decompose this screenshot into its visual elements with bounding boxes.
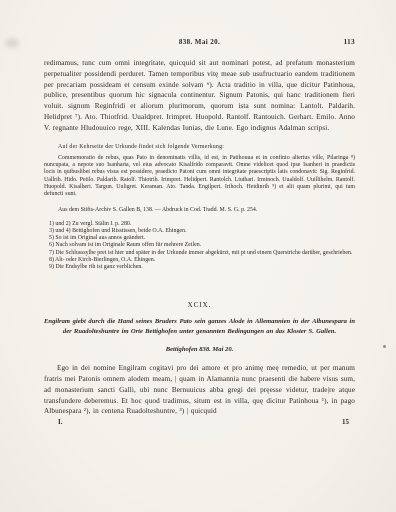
volume-signature-mark: I. bbox=[44, 418, 62, 426]
footnote-1: 1) und 2) Zu vergl. Stälin I. p. 280. bbox=[44, 221, 355, 228]
charter-98-note-body: Commemoratio de rebus, quas Pato in deno… bbox=[44, 155, 355, 199]
charter-99-body: Ego in dei nomine Engilram cogitavi pro … bbox=[44, 363, 355, 417]
footnote-8: 8) Alt- oder Kirch-Bierlingen, O.A. Ehin… bbox=[44, 257, 355, 264]
book-page: 838. Mai 20. 113 redimamus, tunc cum omn… bbox=[0, 0, 396, 512]
footnotes-block: 1) und 2) Zu vergl. Stälin I. p. 280. 3)… bbox=[44, 221, 355, 271]
charter-99-number: XCIX. bbox=[44, 301, 355, 309]
page-number: 113 bbox=[344, 38, 355, 46]
charter-98-body: redimamus, tunc cum omni integritate, qu… bbox=[44, 58, 355, 134]
running-head-date: 838. Mai 20. bbox=[179, 38, 220, 46]
charter-99-summary: Engilram giebt durch die Hand seines Bru… bbox=[44, 317, 355, 337]
sheet-number: 15 bbox=[342, 418, 355, 426]
charter-98-source: Aus dem Stifts-Archiv S. Gallen B, 138. … bbox=[44, 207, 355, 214]
scan-speck bbox=[383, 345, 386, 348]
footnote-6: 6) Nach solvam ist im Originale Raum off… bbox=[44, 242, 355, 249]
charter-99-dateline: Bettighofen 838. Mai 20. bbox=[44, 346, 355, 353]
footnote-7: 7) Die Schlusssylbe pret ist hier und sp… bbox=[44, 250, 355, 257]
page-foot-row: I. 15 bbox=[44, 418, 355, 426]
page-header: 838. Mai 20. 113 bbox=[44, 38, 355, 46]
scan-smudge bbox=[5, 38, 19, 48]
charter-98-note-intro: Auf der Kehrseite der Urkunde findet sic… bbox=[44, 144, 355, 151]
footnote-9: 9) Die Endsylbe rih ist ganz verblichen. bbox=[44, 264, 355, 271]
